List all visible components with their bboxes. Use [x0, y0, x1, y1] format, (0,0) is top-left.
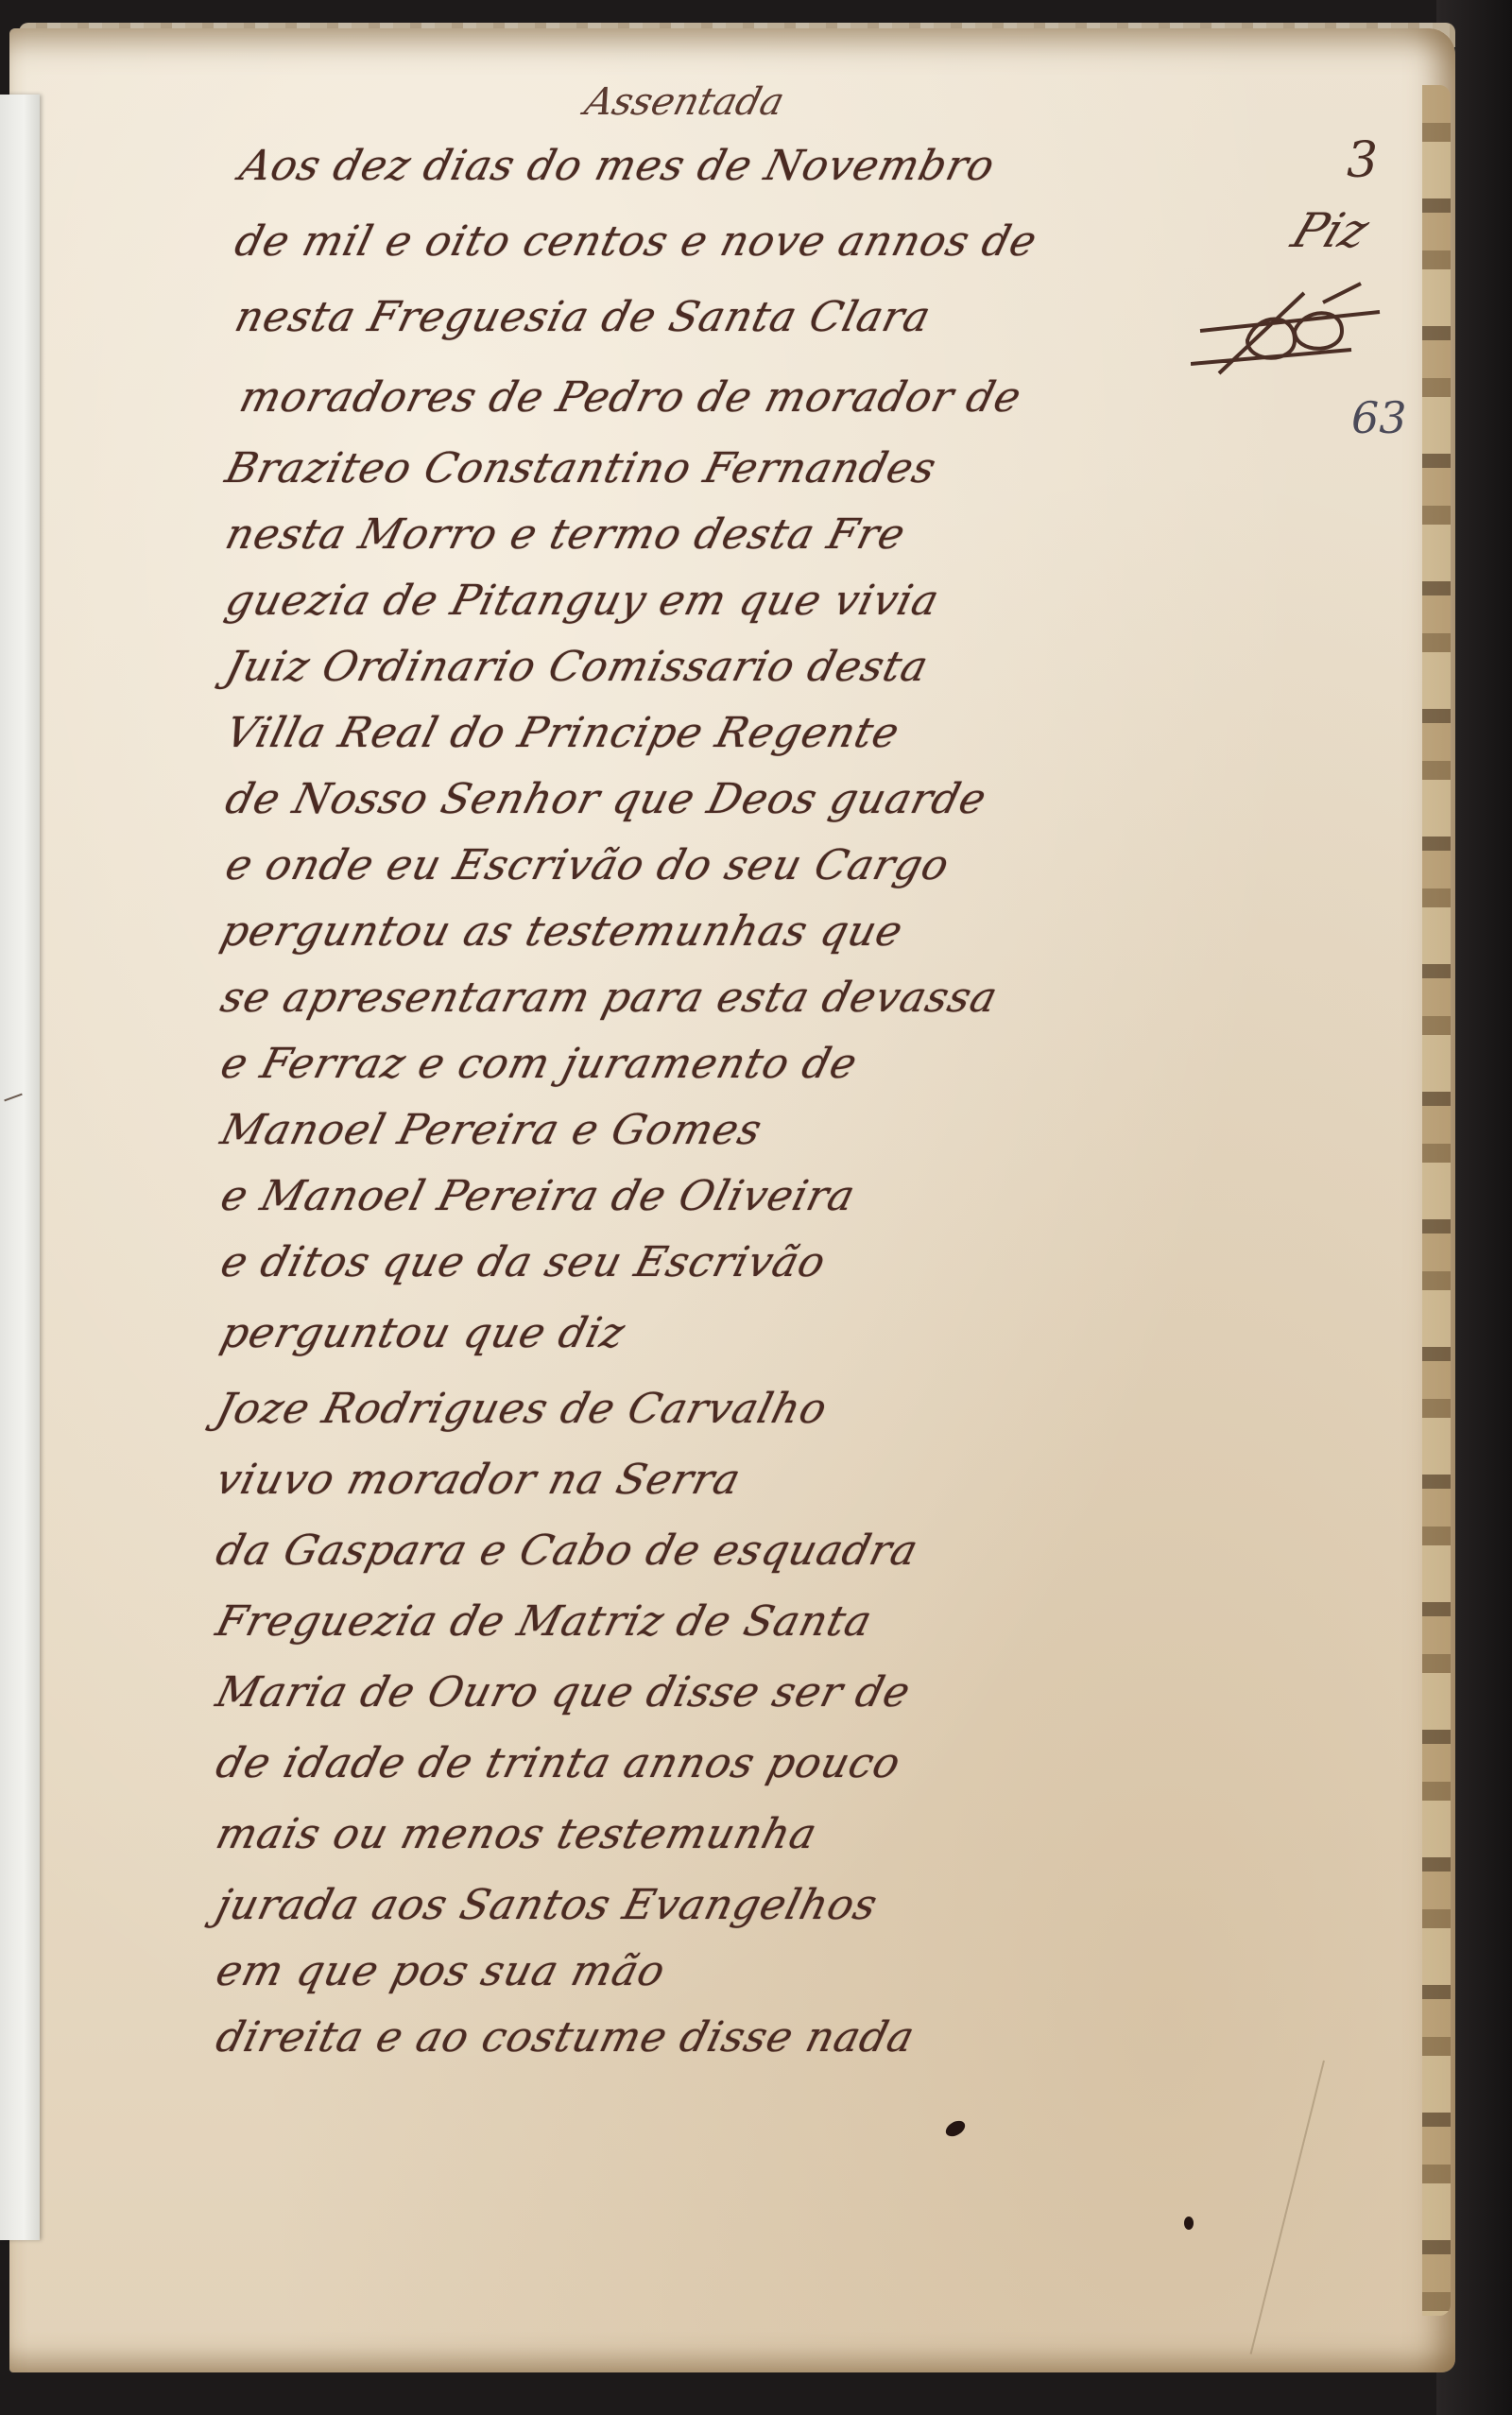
text-line: Freguezia de Matriz de Santa: [212, 1597, 878, 1646]
text-line: e ditos que da seu Escrivão: [216, 1238, 832, 1286]
text-line: de Nosso Senhor que Deos guarde: [221, 775, 992, 823]
document-title: Assentada: [580, 80, 788, 124]
text-line: viuvo morador na Serra: [212, 1456, 747, 1504]
pencil-page-number: 63: [1351, 392, 1407, 443]
text-line: Manoel Pereira e Gomes: [216, 1106, 767, 1154]
text-line: perguntou as testemunhas que: [216, 907, 908, 956]
text-line: e Manoel Pereira de Oliveira: [216, 1172, 861, 1220]
ink-blot: [943, 2117, 968, 2139]
ink-dot: [1184, 2217, 1194, 2230]
text-line: de idade de trinta annos pouco: [212, 1739, 906, 1787]
text-line: guezia de Pitanguy em que vivia: [221, 577, 945, 625]
text-line: Juiz Ordinario Comissario desta: [221, 643, 934, 691]
text-line: mais ou menos testemunha: [212, 1810, 822, 1858]
text-line: nesta Freguesia de Santa Clara: [231, 293, 936, 341]
text-line: moradores de Pedro de morador de: [235, 373, 1027, 422]
manuscript-text: Assentada 3 Piz 63 Aos dez dias do mes d…: [0, 0, 1512, 2415]
text-line: direita e ao costume disse nada: [212, 2013, 920, 2061]
text-line: Braziteo Constantino Fernandes: [221, 444, 942, 492]
text-line: Villa Real do Principe Regente: [221, 709, 905, 757]
text-line: em que pos sua mão: [212, 1947, 671, 1995]
text-line: da Gaspara e Cabo de esquadra: [212, 1527, 923, 1575]
text-line: e Ferraz e com juramento de: [216, 1040, 863, 1088]
margin-rubric: Piz: [1284, 203, 1376, 258]
text-line: se apresentaram para esta devassa: [216, 974, 1003, 1022]
folio-number: 3: [1347, 132, 1378, 189]
text-line: nesta Morro e termo desta Fre: [221, 510, 911, 559]
crossed-out-scribble-icon: [1191, 274, 1389, 378]
text-line: Maria de Ouro que disse ser de: [212, 1668, 916, 1716]
text-line: perguntou que diz: [216, 1309, 630, 1357]
text-line: Joze Rodrigues de Carvalho: [212, 1385, 833, 1433]
text-line: e onde eu Escrivão do seu Cargo: [221, 841, 954, 889]
text-line: jurada aos Santos Evangelhos: [212, 1881, 883, 1929]
text-line: Aos dez dias do mes de Novembro: [235, 142, 1000, 190]
text-line: de mil e oito centos e nove annos de: [231, 217, 1042, 266]
